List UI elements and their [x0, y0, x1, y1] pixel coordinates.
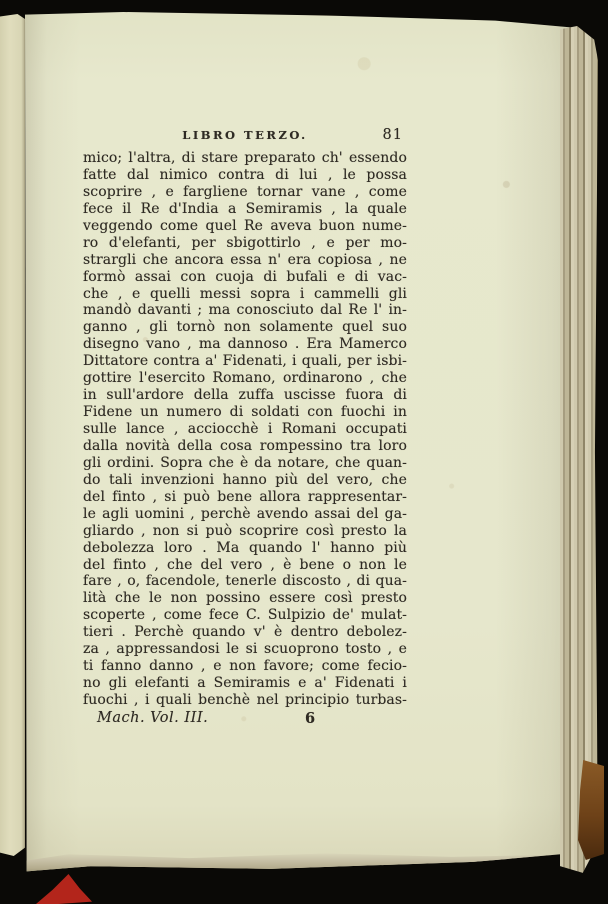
- text-line: debolezza loro . Ma quando l' hanno più: [83, 540, 407, 557]
- text-line: ro d'elefanti, per sbigottirlo , e per m…: [83, 235, 407, 252]
- page-body: mico; l'altra, di stare preparato ch' es…: [83, 150, 407, 709]
- text-line: scoprire , e fargliene tornar vane , com…: [83, 184, 407, 201]
- text-line: lità che le non possino essere così pres…: [83, 590, 407, 607]
- scanned-book-photo: LIBRO TERZO. 81 mico; l'altra, di stare …: [0, 0, 608, 904]
- printed-text-block: LIBRO TERZO. 81 mico; l'altra, di stare …: [83, 128, 407, 730]
- text-line: del finto , che del vero , è bene o non …: [83, 557, 407, 574]
- text-line: do tali invenzioni hanno più del vero, c…: [83, 472, 407, 489]
- text-line: fare , o, facendole, tenerle discosto , …: [83, 573, 407, 590]
- signature-mark: 6: [305, 710, 315, 727]
- leather-cover-corner: [578, 760, 604, 860]
- book-page: LIBRO TERZO. 81 mico; l'altra, di stare …: [25, 12, 572, 874]
- text-line: mandò davanti ; ma conosciuto dal Re l' …: [83, 302, 407, 319]
- text-line: Dittatore contra a' Fidenati, i quali, p…: [83, 353, 407, 370]
- text-line: del finto , si può bene allora rappresen…: [83, 489, 407, 506]
- text-line: formò assai con cuoja di bufali e di vac…: [83, 269, 407, 286]
- page-top-edge-stain: [305, 12, 560, 16]
- text-line: gli ordini. Sopra che è da notare, che q…: [83, 455, 407, 472]
- text-line: gliardo , non si può scoprire così prest…: [83, 523, 407, 540]
- text-line: za , appressandosi le si scuoprono tosto…: [83, 641, 407, 658]
- page-footer: Mach. Vol. III. 6: [83, 710, 407, 730]
- text-line: tieri . Perchè quando v' è dentro debole…: [83, 624, 407, 641]
- running-title: LIBRO TERZO.: [83, 128, 407, 142]
- volume-label: Mach. Vol. III.: [97, 710, 208, 726]
- text-line: ti fanno danno , e non favore; come feci…: [83, 658, 407, 675]
- text-line: gottire l'esercito Romano, ordinarono , …: [83, 370, 407, 387]
- text-line: in sull'ardore della zuffa uscisse fuora…: [83, 387, 407, 404]
- facing-page-edge: [0, 14, 25, 856]
- text-line: Fidene un numero di soldati con fuochi i…: [83, 404, 407, 421]
- text-line: strargli che ancora essa n' era copiosa …: [83, 252, 407, 269]
- text-line: le agli uomini , perchè avendo assai del…: [83, 506, 407, 523]
- text-line: dalla novità della cosa rompessino tra l…: [83, 438, 407, 455]
- book-fore-edge: [560, 26, 598, 878]
- page-header: LIBRO TERZO. 81: [83, 128, 407, 148]
- text-line: che , e quelli messi sopra i cammelli gl…: [83, 286, 407, 303]
- page-number: 81: [383, 127, 403, 143]
- text-line: sulle lance , acciocchè i Romani occupat…: [83, 421, 407, 438]
- text-line: no gli elefanti a Semiramis e a' Fidenat…: [83, 675, 407, 692]
- text-line: veggendo come quel Re aveva buon nume-: [83, 218, 407, 235]
- text-line: mico; l'altra, di stare preparato ch' es…: [83, 150, 407, 167]
- text-line: ganno , gli tornò non solamente quel suo: [83, 319, 407, 336]
- text-line: disegno vano , ma dannoso . Era Mamerco: [83, 336, 407, 353]
- text-line: fuochi , i quali benchè nel principio tu…: [83, 692, 407, 709]
- ribbon-bookmark: [36, 874, 92, 904]
- text-line: scoperte , come fece C. Sulpizio de' mul…: [83, 607, 407, 624]
- text-line: fece il Re d'India a Semiramis , la qual…: [83, 201, 407, 218]
- text-line: fatte dal nimico contra di lui , le poss…: [83, 167, 407, 184]
- page-bottom-deckle-edge: [25, 852, 572, 874]
